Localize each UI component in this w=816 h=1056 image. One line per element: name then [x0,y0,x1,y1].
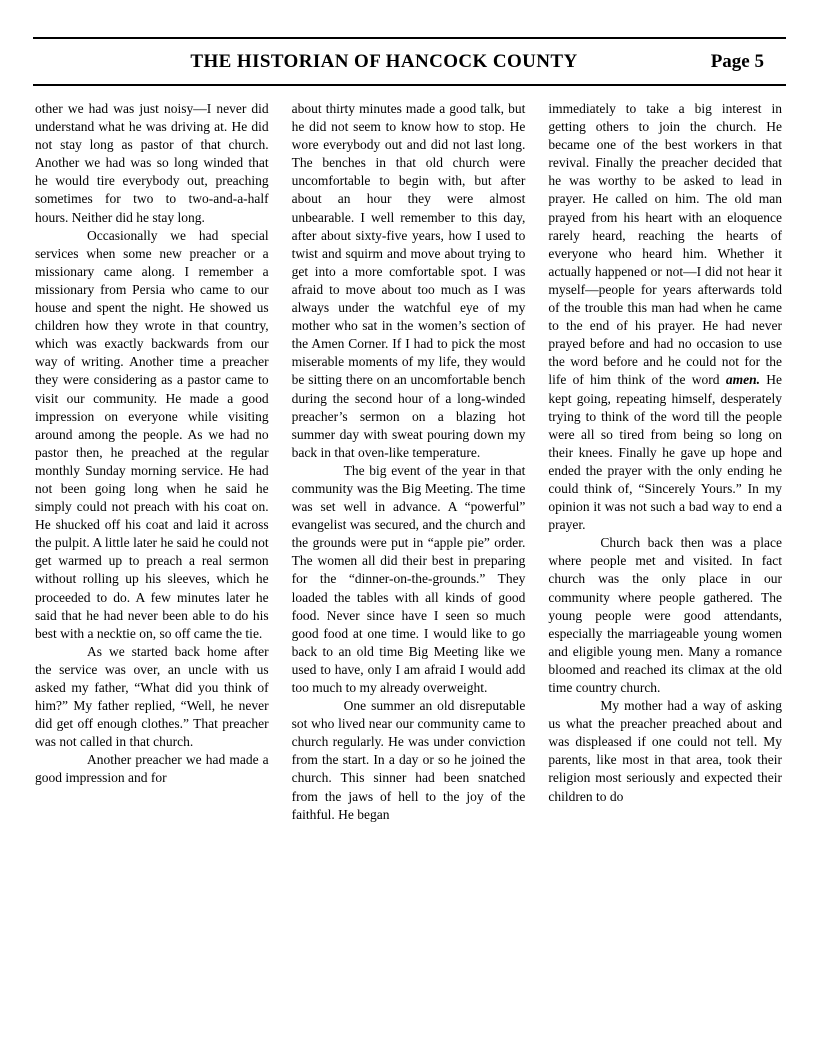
body-text: My mother had a way of asking us what th… [548,698,782,803]
paragraph: other we had was just noisy—I never did … [35,100,269,227]
body-text: The big event of the year in that commun… [292,463,526,695]
body-text: other we had was just noisy—I never did … [35,101,269,225]
body-text: about thirty minutes made a good talk, b… [292,101,526,460]
paragraph: As we started back home after the servic… [35,643,269,752]
text-column: other we had was just noisy—I never did … [35,100,269,1020]
paragraph: One summer an old disreputable sot who l… [292,697,526,824]
body-text: Another preacher we had made a good impr… [35,752,269,785]
page-header: THE HISTORIAN OF HANCOCK COUNTY Page 5 [33,37,786,86]
page-number: Page 5 [711,51,764,73]
page-title: THE HISTORIAN OF HANCOCK COUNTY [190,51,577,73]
emphasized-text: amen. [726,372,760,387]
paragraph: The big event of the year in that commun… [292,462,526,697]
text-column: immediately to take a big interest in ge… [548,100,782,1020]
paragraph: about thirty minutes made a good talk, b… [292,100,526,462]
paragraph: Occasionally we had special services whe… [35,227,269,643]
body-text: Church back then was a place where peopl… [548,535,782,695]
article-body: other we had was just noisy—I never did … [35,100,782,1020]
paragraph: immediately to take a big interest in ge… [548,100,782,534]
body-text: As we started back home after the servic… [35,644,269,749]
newsletter-page: THE HISTORIAN OF HANCOCK COUNTY Page 5 o… [0,0,816,1056]
paragraph: Another preacher we had made a good impr… [35,751,269,787]
text-column: about thirty minutes made a good talk, b… [292,100,526,1020]
paragraph: Church back then was a place where peopl… [548,534,782,697]
body-text: He kept going, repeating himself, desper… [548,372,782,532]
body-text: Occasionally we had special services whe… [35,228,269,641]
paragraph: My mother had a way of asking us what th… [548,697,782,806]
body-text: immediately to take a big interest in ge… [548,101,782,387]
body-text: One summer an old disreputable sot who l… [292,698,526,822]
